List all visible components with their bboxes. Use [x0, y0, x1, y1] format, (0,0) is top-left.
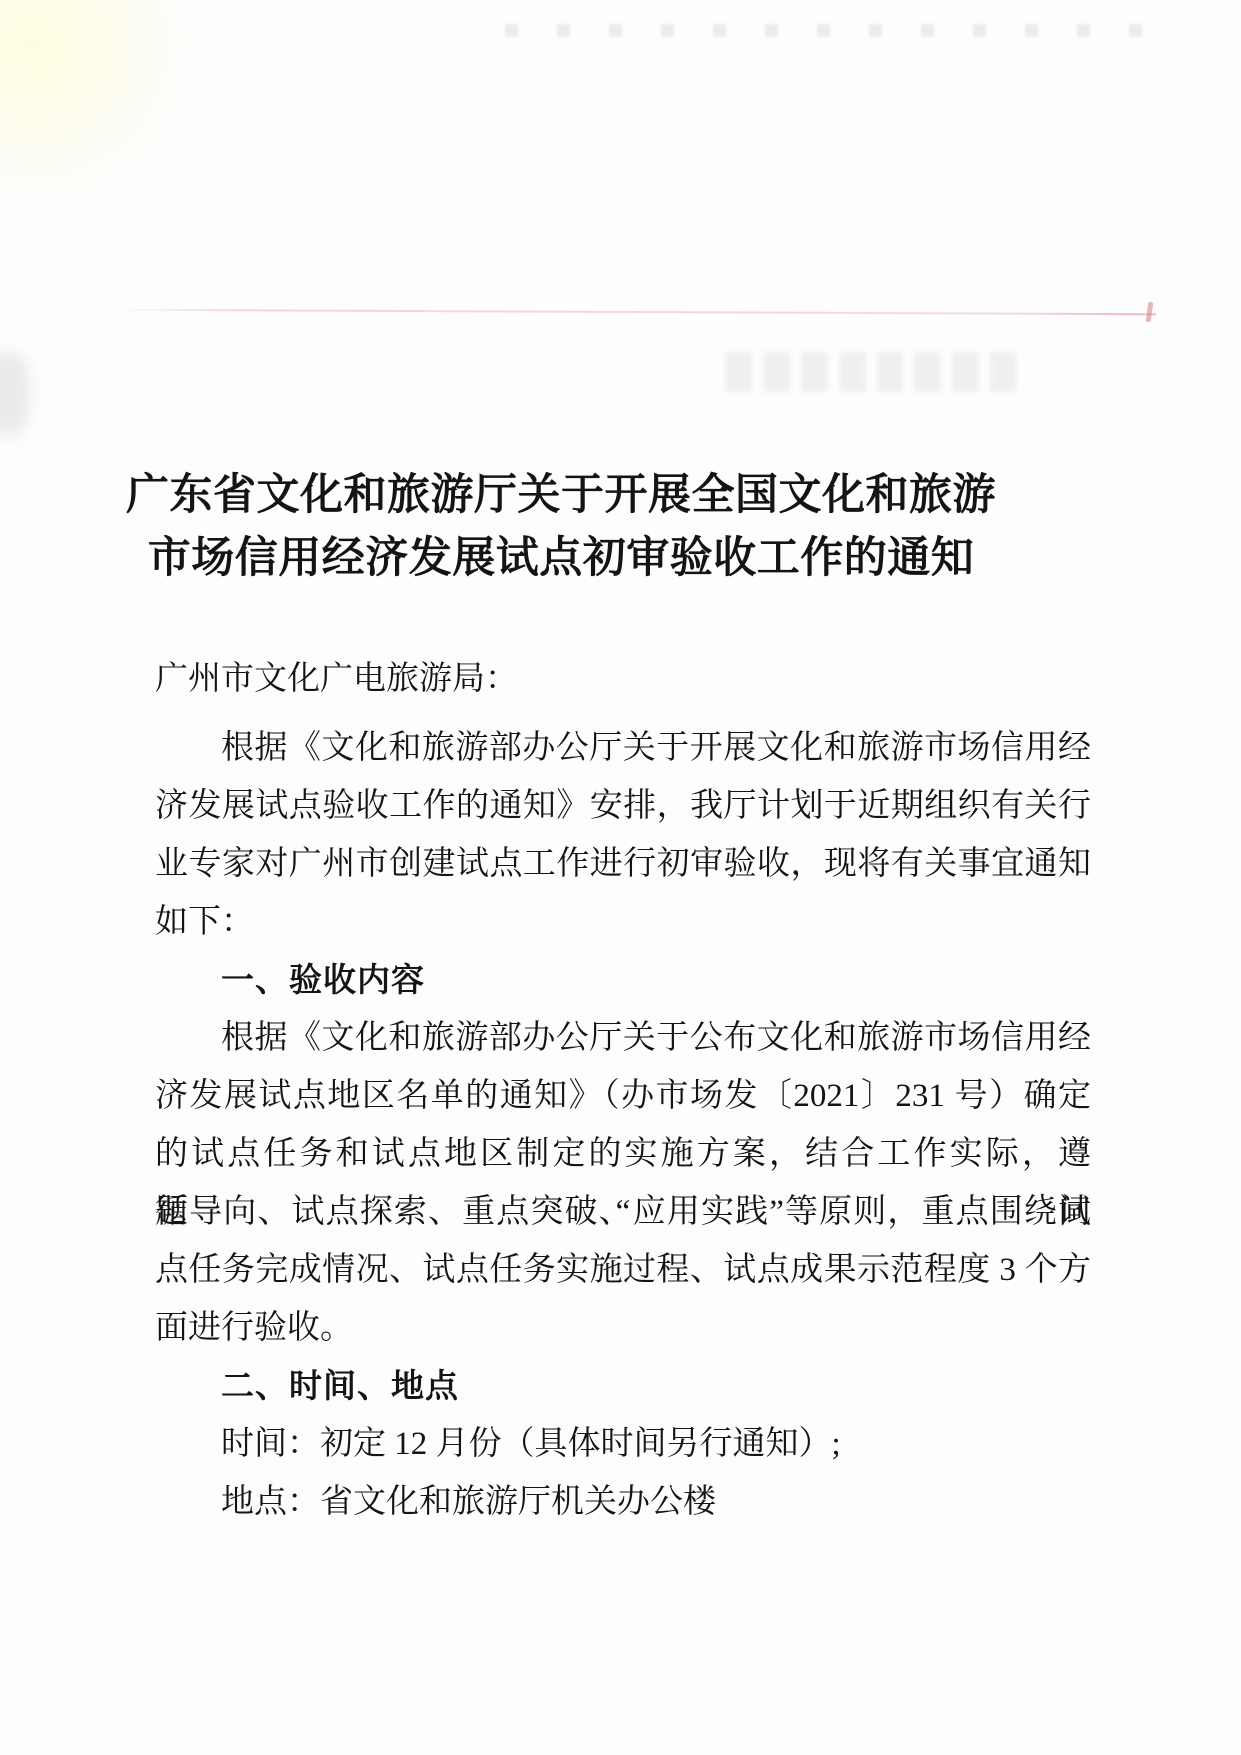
paragraph-2-line-3: 的试点任务和试点地区制定的实施方案，结合工作实际，遵循“问	[155, 1125, 1091, 1183]
section-2-heading: 二、时间、地点	[155, 1357, 1091, 1415]
scanned-document-page: 广东省文化和旅游厅关于开展全国文化和旅游 市场信用经济发展试点初审验收工作的通知…	[0, 0, 1241, 1755]
paragraph-2-line-5: 点任务完成情况、试点任务实施过程、试点成果示范程度 3 个方	[155, 1241, 1091, 1299]
paragraph-2-line-1: 根据《文化和旅游部办公厅关于公布文化和旅游市场信用经	[155, 1009, 1091, 1067]
scan-speckles-artifact	[505, 24, 1160, 37]
paragraph-1-line-2: 济发展试点验收工作的通知》安排，我厅计划于近期组织有关行	[155, 777, 1091, 835]
scan-pink-line-artifact	[116, 309, 1156, 316]
paragraph-2: 根据《文化和旅游部办公厅关于公布文化和旅游市场信用经 济发展试点地区名单的通知》…	[155, 1009, 1091, 1357]
paragraph-1-line-3: 业专家对广州市创建试点工作进行初审验收，现将有关事宜通知	[155, 835, 1091, 893]
paragraph-1: 根据《文化和旅游部办公厅关于开展文化和旅游市场信用经 济发展试点验收工作的通知》…	[155, 719, 1091, 951]
paragraph-2-line-4: 题导向、试点探索、重点突破、应用实践”等原则，重点围绕试	[155, 1183, 1091, 1241]
paragraph-1-line-1: 根据《文化和旅游部办公厅关于开展文化和旅游市场信用经	[155, 719, 1091, 777]
document-title-line-2: 市场信用经济发展试点初审验收工作的通知	[0, 527, 1122, 590]
time-line: 时间：初定 12 月份（具体时间另行通知）;	[155, 1415, 1091, 1473]
scan-bleedthrough-artifact	[725, 352, 1017, 392]
document-body: 广州市文化广电旅游局： 根据《文化和旅游部办公厅关于开展文化和旅游市场信用经 济…	[155, 650, 1091, 1531]
place-line: 地点：省文化和旅游厅机关办公楼	[155, 1473, 1091, 1531]
paragraph-2-line-2: 济发展试点地区名单的通知》（办市场发〔2021〕231 号）确定	[155, 1067, 1091, 1125]
scan-edge-smudge-artifact	[0, 352, 30, 436]
document-title-line-1: 广东省文化和旅游厅关于开展全国文化和旅游	[0, 464, 1122, 527]
scan-corner-tint-artifact	[0, 0, 190, 200]
addressee-line: 广州市文化广电旅游局：	[155, 650, 1091, 708]
section-1-heading: 一、验收内容	[155, 951, 1091, 1009]
scan-red-tick-artifact	[1146, 302, 1154, 323]
paragraph-1-line-4: 如下：	[155, 893, 1091, 951]
paragraph-2-line-6: 面进行验收。	[155, 1299, 1091, 1357]
document-title: 广东省文化和旅游厅关于开展全国文化和旅游 市场信用经济发展试点初审验收工作的通知	[0, 464, 1122, 590]
